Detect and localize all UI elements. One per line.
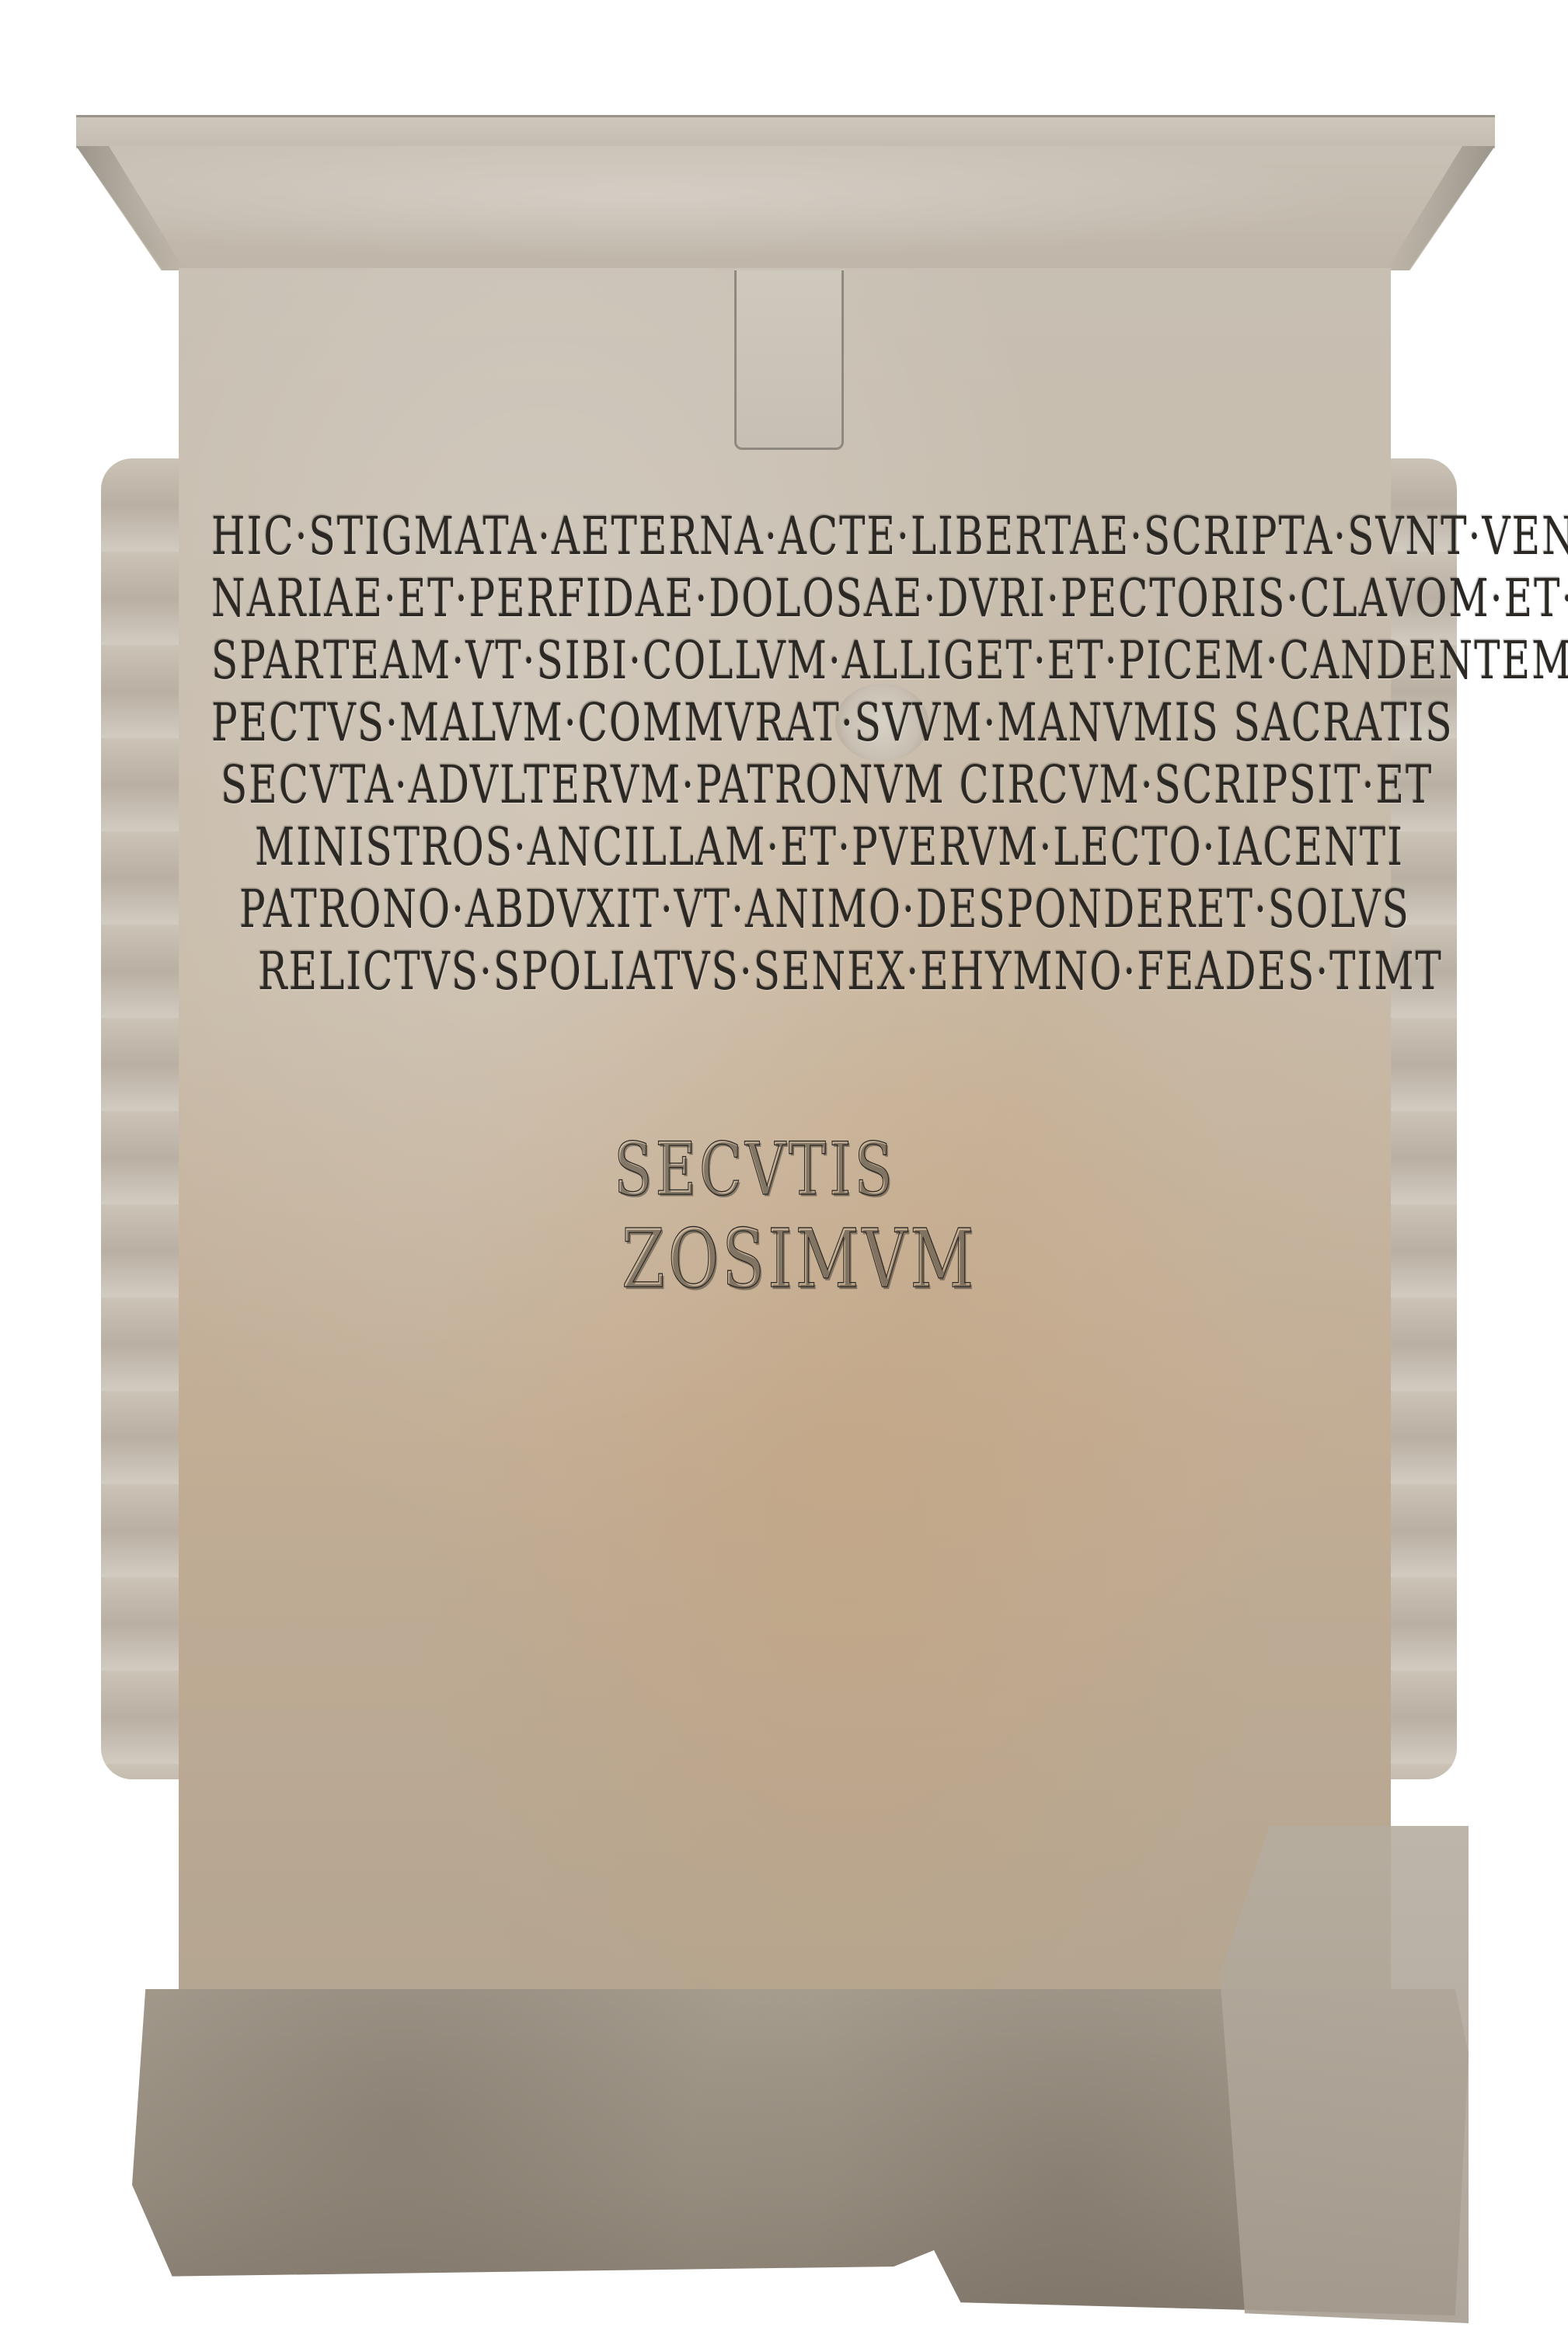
cornice-top-edge [76, 115, 1495, 148]
secondary-inscription-zosimum: ZOSIMVM [622, 1212, 977, 1306]
photo-stage: HIC·STIGMATA·AETERNA·ACTE·LIBERTAE·SCRIP… [0, 0, 1568, 2331]
inscription-line-8: RELICTVS·SPOLIATVS·SENEX·EHYMNO·FEADES·T… [258, 929, 1455, 1013]
secondary-inscription-secutis: SECVTIS [614, 1127, 896, 1211]
cornice-moulding [76, 146, 1495, 270]
side-relief-left [101, 458, 186, 1779]
inscription-text-block: HIC·STIGMATA·AETERNA·ACTE·LIBERTAE·SCRIP… [211, 505, 1455, 1002]
vertical-recessed-panel [734, 270, 844, 450]
base-right-fragment [1220, 1826, 1469, 2323]
